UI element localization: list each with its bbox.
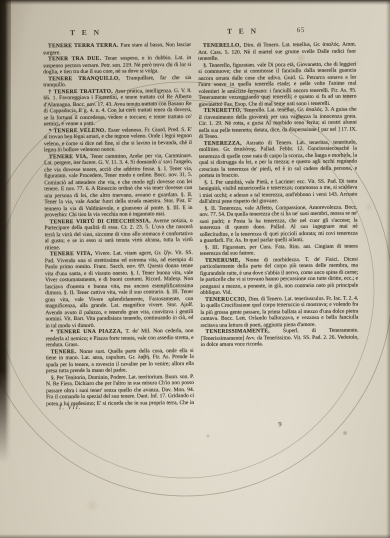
entry-headword: TENERISSIMAMENTE, [206, 328, 284, 335]
dictionary-entry: TENERUME, Nome di morbidezza. T. de' Fis… [200, 256, 358, 296]
dictionary-entry: §. I. Per umidità, vale Pietà, e Lacrime… [199, 178, 357, 205]
entry-headword: TENERE VIRTÙ DI CHECCHESSIA, [50, 218, 154, 225]
entry-headword: TENERE VIA, [49, 153, 91, 159]
dictionary-entry: * TENERE VELENO. Esser velenoso. Fr. Gio… [44, 127, 192, 154]
scanned-book-page: T E N T E N 65 TENERE TERRA TERRA. Fare … [0, 0, 390, 538]
text-column-left: TENERE TERRA TERRA. Fare stare al basso,… [43, 42, 194, 407]
running-head-right: T E N [227, 26, 259, 35]
entry-headword: * TENERE VELENO. [49, 127, 108, 134]
dictionary-entry: TENERE VITA, Vivere. Lat. vitam agere, G… [45, 250, 194, 329]
dictionary-entry: TENERETTO, Tenerello. Lat. tenellus, Gr.… [199, 107, 357, 141]
dictionary-entry: §. Per Tenitorio, Dominio, Podere. Lat. … [46, 374, 194, 408]
entry-headword: TENER TRA DUE. [48, 56, 105, 62]
entry-headword: TENERUCCIO, [205, 296, 248, 302]
dictionary-entry: TENERELLO, Dim. di Tenero. Lat. tenellus… [198, 42, 356, 63]
page-text-block: T E N T E N 65 TENERE TERRA TERRA. Fare … [0, 0, 390, 538]
dictionary-entry: TENERE VIRTÙ DI CHECCHESSIA, Averne noti… [45, 218, 193, 252]
dictionary-entry: TENEREZZA, Astratto di Tenero. Lat. tene… [199, 139, 357, 179]
entry-headword: TENERE VITA, [50, 251, 95, 257]
dictionary-entry: * TENERE UNA PIAZZA, T. de' Mil. Non ced… [46, 328, 194, 349]
dictionary-entry: † TENERE TRATTATO, Aver pratica, intelli… [43, 88, 191, 128]
entry-headword: TENERE TERRA TERRA. [48, 43, 120, 50]
entry-headword: TENERETTO, [204, 108, 244, 114]
entry-headword: TENERUME, [205, 257, 246, 263]
dictionary-entry: TENERE TERRA TERRA. Fare stare al basso,… [43, 42, 191, 56]
dictionary-entry: TENERE TRANQUILLO, Tranquillare, far che… [43, 75, 191, 89]
dictionary-entry: TENER TRA DUE. Tener sospeso, e in dubbi… [43, 55, 191, 76]
sheet-signature: 9 [278, 421, 281, 428]
dictionary-entry: §. II. Tenerezza, vale Affetto, Compassi… [199, 204, 357, 244]
dictionary-entry: TENERUCCIO, Dim. di Tenero. Lat. teneriu… [200, 295, 358, 329]
entry-headword: * TENERE UNA PIAZZA, [51, 329, 126, 336]
running-head-left: T E N [70, 28, 102, 37]
entry-headword: TENEREZZA, [204, 140, 246, 146]
volume-signature: T. VII. [58, 404, 81, 411]
entry-headword: TENERE TRANQUILLO, [48, 75, 126, 82]
entry-headword: TENERE. [51, 349, 80, 355]
page-number: 65 [297, 26, 305, 34]
entry-headword: TENERELLO, [203, 43, 244, 49]
text-column-right: TENERELLO, Dim. di Tenero. Lat. tenellus… [198, 42, 359, 420]
dictionary-entry: TENERISSIMAMENTE, Superl. di Teneramente… [201, 328, 359, 349]
dictionary-entry: §. Tenerello, figuratam. vale Di poca et… [198, 61, 356, 108]
dictionary-entry: TENERE. Nome sust. Quella parte della co… [46, 348, 194, 375]
entry-headword: † TENERE TRATTATO, [48, 88, 114, 95]
dictionary-entry: TENERE VIA, Tener cammino, Andar per via… [44, 153, 193, 219]
